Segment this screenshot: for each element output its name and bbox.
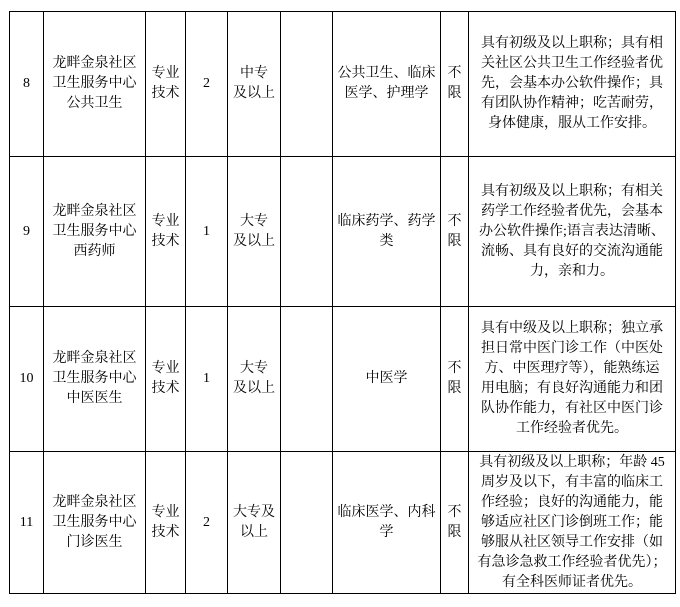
document-page: 8 龙畔金泉社区 卫生服务中心 公共卫生 专业 技术 2 中专 及以上 公共卫生…: [0, 0, 680, 607]
education-cell: 中专 及以上: [228, 12, 281, 157]
empty-cell: [281, 452, 333, 594]
major-cell: 临床医学、内科 学: [333, 452, 441, 594]
gender-limit-cell: 不限: [441, 157, 469, 307]
requirements-cell: 具有初级及以上职称；有相关 药学工作经验者优先，会基本 办公软件操作;语言表达清…: [469, 157, 676, 307]
unit-position-cell: 龙畔金泉社区 卫生服务中心 西药师: [44, 157, 146, 307]
requirements-cell: 具有初级及以上职称；具有相 关社区公共卫生工作经验者优 先，会基本办公软件操作；…: [469, 12, 676, 157]
empty-cell: [281, 12, 333, 157]
headcount-cell: 1: [186, 157, 228, 307]
gender-limit-cell: 不限: [441, 307, 469, 452]
job-category-cell: 专业 技术: [146, 12, 186, 157]
empty-cell: [281, 307, 333, 452]
recruitment-table: 8 龙畔金泉社区 卫生服务中心 公共卫生 专业 技术 2 中专 及以上 公共卫生…: [9, 11, 676, 594]
education-cell: 大专及 以上: [228, 452, 281, 594]
row-number-cell: 9: [10, 157, 44, 307]
unit-position-cell: 龙畔金泉社区 卫生服务中心 门诊医生: [44, 452, 146, 594]
row-number-cell: 8: [10, 12, 44, 157]
table-row: 10 龙畔金泉社区 卫生服务中心 中医医生 专业 技术 1 大专 及以上 中医学…: [10, 307, 676, 452]
job-category-cell: 专业 技术: [146, 157, 186, 307]
gender-limit-cell: 不限: [441, 452, 469, 594]
table-row: 11 龙畔金泉社区 卫生服务中心 门诊医生 专业 技术 2 大专及 以上 临床医…: [10, 452, 676, 594]
job-category-cell: 专业 技术: [146, 307, 186, 452]
gender-limit-cell: 不限: [441, 12, 469, 157]
table-row: 8 龙畔金泉社区 卫生服务中心 公共卫生 专业 技术 2 中专 及以上 公共卫生…: [10, 12, 676, 157]
major-cell: 公共卫生、临床 医学、护理学: [333, 12, 441, 157]
major-cell: 临床药学、药学 类: [333, 157, 441, 307]
education-cell: 大专 及以上: [228, 157, 281, 307]
unit-position-cell: 龙畔金泉社区 卫生服务中心 公共卫生: [44, 12, 146, 157]
major-cell: 中医学: [333, 307, 441, 452]
job-category-cell: 专业 技术: [146, 452, 186, 594]
headcount-cell: 2: [186, 452, 228, 594]
empty-cell: [281, 157, 333, 307]
headcount-cell: 2: [186, 12, 228, 157]
row-number-cell: 11: [10, 452, 44, 594]
table-row: 9 龙畔金泉社区 卫生服务中心 西药师 专业 技术 1 大专 及以上 临床药学、…: [10, 157, 676, 307]
requirements-cell: 具有初级及以上职称；年龄 45 周岁及以下，有丰富的临床工 作经验；良好的沟通能…: [469, 452, 676, 594]
requirements-cell: 具有中级及以上职称；独立承 担日常中医门诊工作（中医处 方、中医理疗等），能熟练…: [469, 307, 676, 452]
row-number-cell: 10: [10, 307, 44, 452]
education-cell: 大专 及以上: [228, 307, 281, 452]
unit-position-cell: 龙畔金泉社区 卫生服务中心 中医医生: [44, 307, 146, 452]
headcount-cell: 1: [186, 307, 228, 452]
